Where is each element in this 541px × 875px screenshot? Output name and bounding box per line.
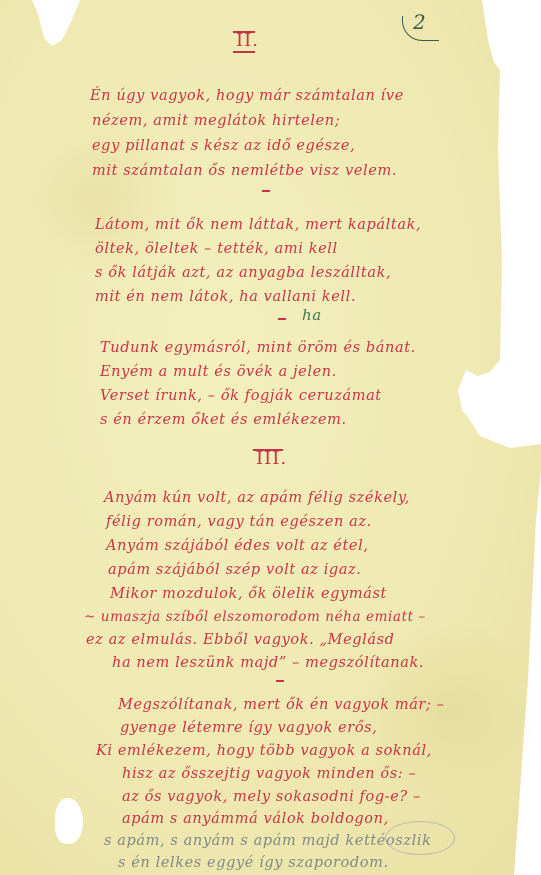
heading-overline [253, 449, 283, 451]
poem-line: az ős vagyok, mely sokasodni fog-e? – [122, 789, 421, 805]
poem-line: hisz az ősszejtig vagyok minden ős: – [122, 766, 416, 782]
poem-line: Látom, mit ők nem láttak, mert kapáltak, [95, 217, 421, 233]
poem-line: Ki emlékezem, hogy több vagyok a soknál, [96, 743, 432, 759]
poem-line: Mikor mozdulok, ők ölelik egymást [110, 586, 387, 602]
poem-line: Én úgy vagyok, hogy már számtalan íve [90, 88, 404, 104]
stanza-separator [278, 318, 286, 320]
poem-line: apám s anyámmá válok boldogon, [122, 811, 389, 827]
poem-line: mit én nem látok, ha vallani kell. [95, 289, 356, 305]
page-number: 2 [413, 10, 426, 34]
poem-line: nézem, amit meglátok hirtelen; [92, 113, 340, 129]
poem-line: Verset írunk, – ők fogják ceruzámat [100, 388, 382, 404]
section-heading-iii: III. [256, 448, 287, 469]
poem-line: ez az elmulás. Ebből vagyok. „Meglásd [86, 632, 395, 648]
stanza-separator [262, 190, 270, 192]
poem-line: gyenge létemre így vagyok erős, [120, 720, 377, 736]
poem-line: Megszólítanak, mert ők én vagyok már; – [118, 697, 445, 713]
poem-line: Anyám kún volt, az apám félig székely, [104, 490, 410, 506]
poem-line-pencil: s én lelkes eggyé így szaporodom. [118, 855, 389, 871]
poem-line: apám szájából szép volt az igaz. [108, 562, 362, 578]
poem-line: mit számtalan ős nemlétbe visz velem. [92, 163, 397, 179]
poem-line: öltek, öleltek – tették, ami kell [95, 241, 338, 257]
archive-stamp [385, 821, 455, 855]
poem-line-pencil: s apám, s anyám s apám majd kettéoszlik [104, 833, 431, 849]
poem-line: s én érzem őket és emlékezem. [100, 412, 347, 428]
poem-line: félig román, vagy tán egészen az. [106, 514, 372, 530]
paper-hole [55, 798, 83, 844]
heading-overline [233, 31, 255, 33]
poem-line: Enyém a mult és övék a jelen. [100, 364, 337, 380]
poem-line: Tudunk egymásról, mint öröm és bánat. [100, 340, 416, 356]
poem-line: ~ umaszja szíből elszomorodom néha emiat… [84, 609, 426, 625]
heading-underline [233, 51, 255, 53]
stanza-separator [276, 680, 284, 682]
poem-line: Anyám szájából édes volt az étel, [106, 538, 369, 554]
poem-line: ha nem leszünk majd” – megszólítanak. [112, 655, 424, 671]
poem-line: s ők látják azt, az anyagba leszálltak, [95, 265, 391, 281]
section-heading-ii: II. [236, 30, 259, 51]
correction-insert: ha [302, 306, 322, 324]
poem-line: egy pillanat s kész az idő egésze, [92, 138, 355, 154]
